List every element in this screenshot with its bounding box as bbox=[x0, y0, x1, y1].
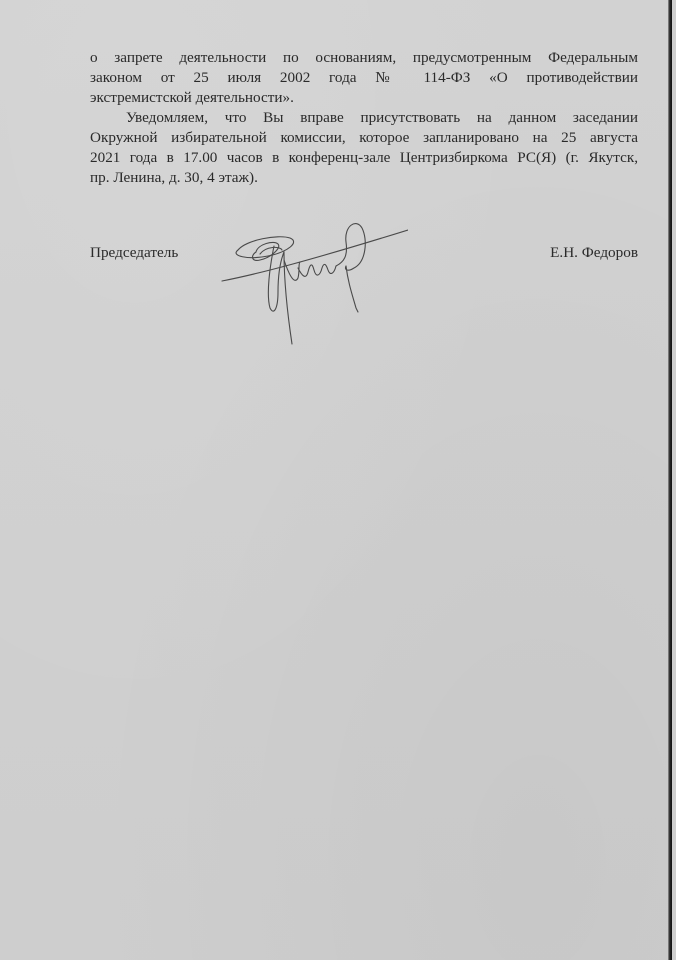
signature-icon bbox=[218, 216, 408, 348]
paragraph-line: экстремистской деятельности». bbox=[90, 88, 638, 108]
document-page: о запрете деятельности по основаниям, пр… bbox=[0, 0, 672, 960]
paragraph-line: 2021 года в 17.00 часов в конференц-зале… bbox=[90, 148, 638, 168]
document-body: о запрете деятельности по основаниям, пр… bbox=[90, 48, 638, 188]
paragraph-line: Окружной избирательной комиссии, которое… bbox=[90, 128, 638, 148]
paragraph-line: законом от 25 июля 2002 года № 114-ФЗ «О… bbox=[90, 68, 638, 88]
signatory-name: Е.Н. Федоров bbox=[550, 244, 638, 262]
paragraph-line: пр. Ленина, д. 30, 4 этаж). bbox=[90, 168, 638, 188]
page-edge-shadow bbox=[668, 0, 672, 960]
paragraph-line: Уведомляем, что Вы вправе присутствовать… bbox=[90, 108, 638, 128]
signatory-title: Председатель bbox=[90, 244, 178, 262]
paragraph-line: о запрете деятельности по основаниям, пр… bbox=[90, 48, 638, 68]
